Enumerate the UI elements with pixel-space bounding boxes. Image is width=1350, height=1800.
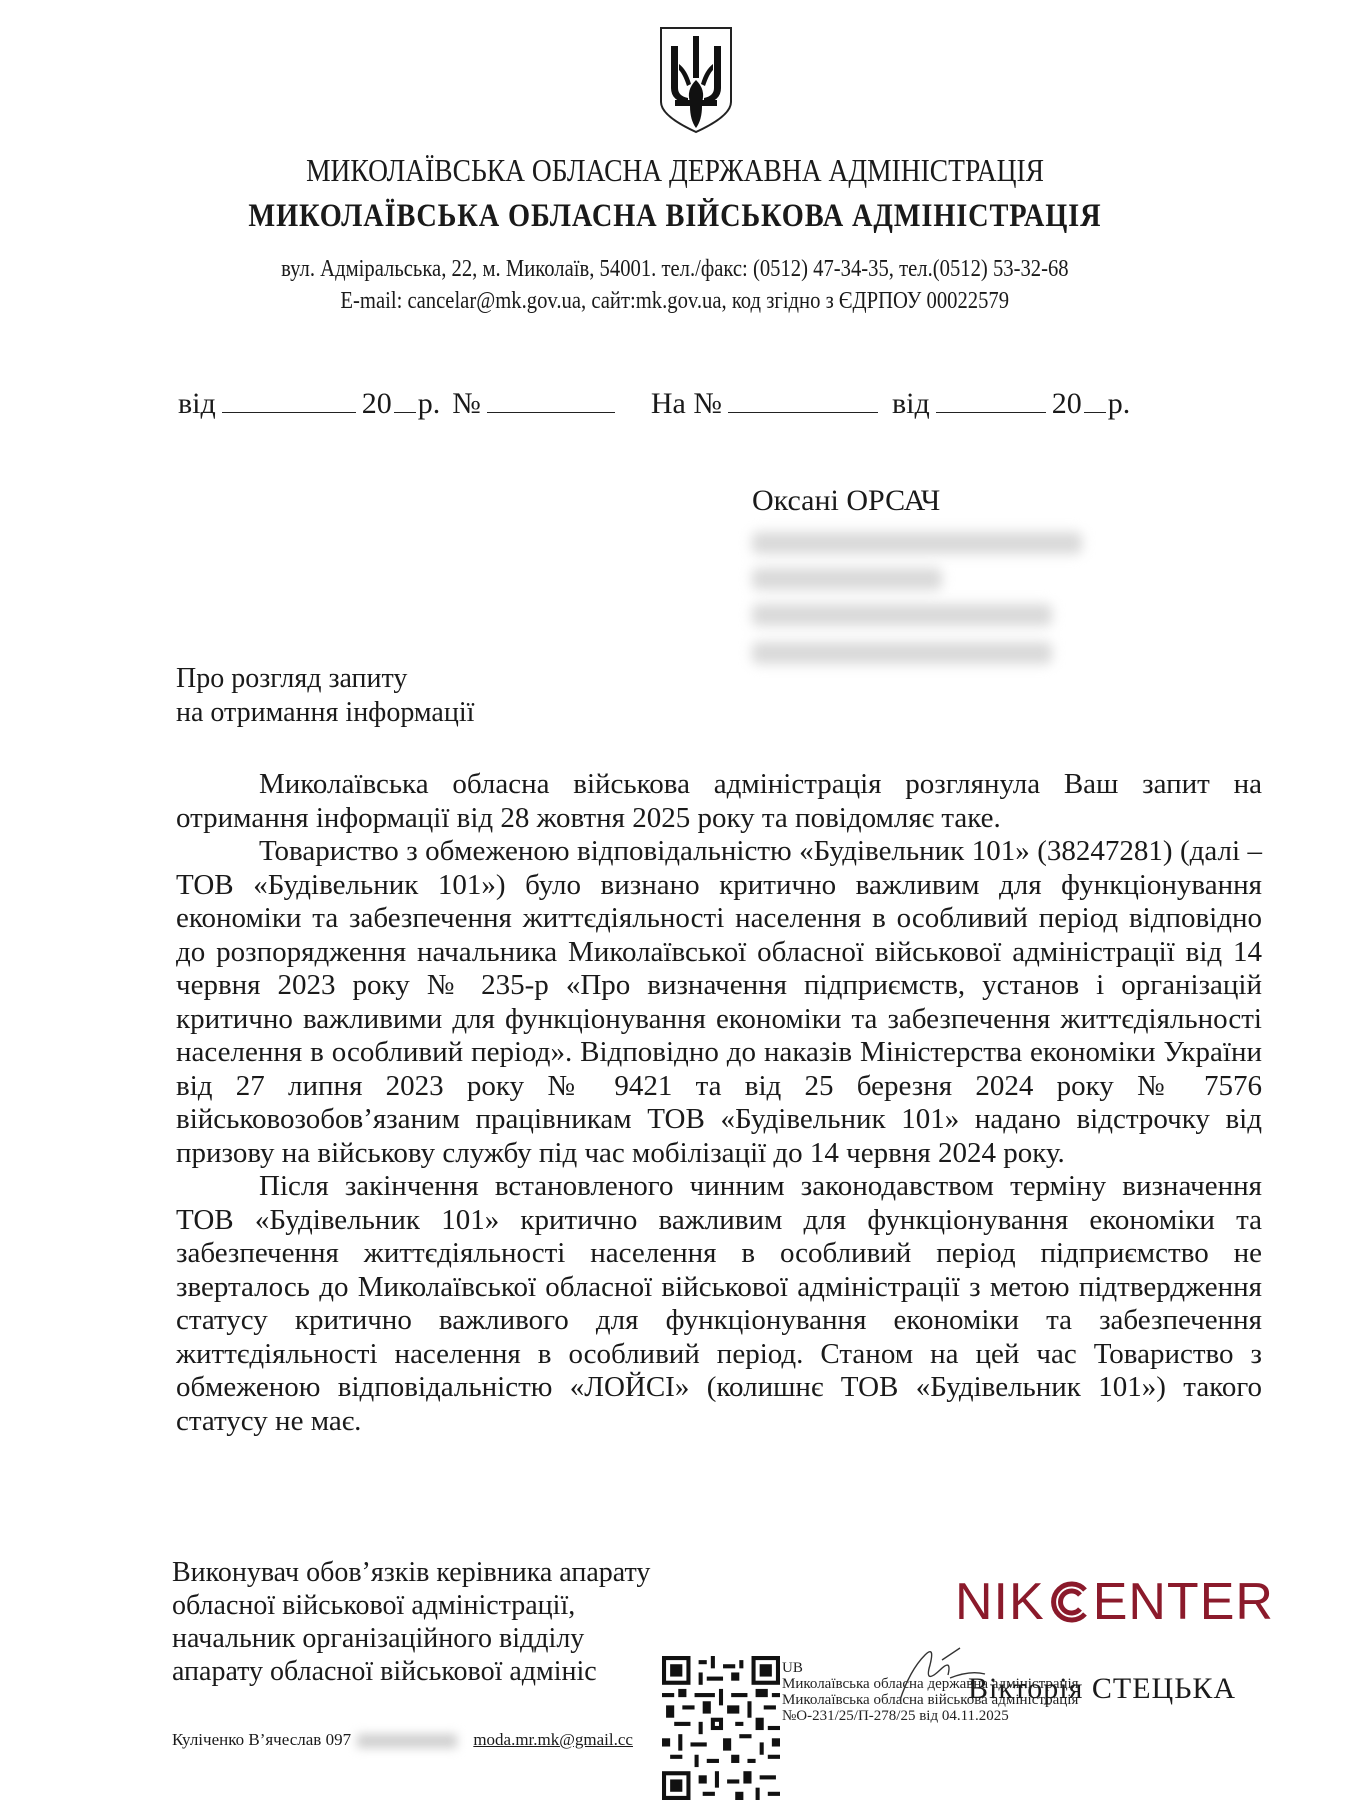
reply-date-blank <box>936 386 1046 413</box>
letter-body: Миколаївська обласна військова адміністр… <box>176 768 1262 1438</box>
date-blank <box>222 386 356 413</box>
signer-name: Вікторія СТЕЦЬКА <box>968 1672 1236 1706</box>
logo-c-mark-icon <box>1047 1580 1091 1624</box>
registration-line: від 20 р. № На № від 20 р. <box>178 386 1130 421</box>
number-label: № <box>452 387 481 421</box>
reply-year-suffix: р. <box>1108 387 1131 421</box>
executor-email-link[interactable]: moda.mr.mk@gmail.cc <box>473 1730 633 1749</box>
number-blank <box>487 386 615 413</box>
year-prefix: 20 <box>362 387 392 421</box>
redacted-email-line <box>752 642 1052 664</box>
executor-contact: Куліченко В’ячеслав 097 moda.mr.mk@gmail… <box>172 1730 633 1750</box>
body-paragraph: Миколаївська обласна військова адміністр… <box>176 768 1262 835</box>
year-suffix: р. <box>418 387 441 421</box>
org-contacts: E-mail: cancelar@mk.gov.ua, сайт:mk.gov.… <box>0 288 1350 315</box>
from-label: від <box>178 387 216 421</box>
reply-from-label: від <box>892 387 930 421</box>
addressee-name: Оксані ОРСАЧ <box>752 484 940 518</box>
letter-subject: Про розгляд запиту на отримання інформац… <box>176 662 474 730</box>
org-name-state-admin: МИКОЛАЇВСЬКА ОБЛАСНА ДЕРЖАВНА АДМІНІСТРА… <box>0 152 1350 189</box>
executor-phone-prefix: 097 <box>326 1730 352 1749</box>
redacted-address-line <box>752 568 942 590</box>
body-paragraph: Товариство з обмеженою відповідальністю … <box>176 835 1262 1170</box>
redacted-address-line <box>752 604 1052 626</box>
nikcenter-watermark-logo: NIK ENTER <box>955 1572 1274 1632</box>
org-address: вул. Адміральська, 22, м. Миколаїв, 5400… <box>0 256 1350 283</box>
body-paragraph: Після закінчення встановленого чинним за… <box>176 1170 1262 1438</box>
qr-code[interactable] <box>662 1656 780 1800</box>
signer-position: Виконувач обов’язків керівника апарату о… <box>172 1556 650 1688</box>
redacted-address-line <box>752 532 1082 554</box>
executor-name: Куліченко В’ячеслав <box>172 1730 321 1749</box>
org-name-military-admin: МИКОЛАЇВСЬКА ОБЛАСНА ВІЙСЬКОВА АДМІНІСТР… <box>0 198 1350 235</box>
reply-number-label: На № <box>651 387 722 421</box>
year-blank <box>394 386 416 413</box>
reply-year-blank <box>1084 386 1106 413</box>
reply-year-prefix: 20 <box>1052 387 1082 421</box>
redacted-phone <box>357 1734 457 1748</box>
coat-of-arms-icon <box>657 24 735 136</box>
reply-number-blank <box>728 386 878 413</box>
